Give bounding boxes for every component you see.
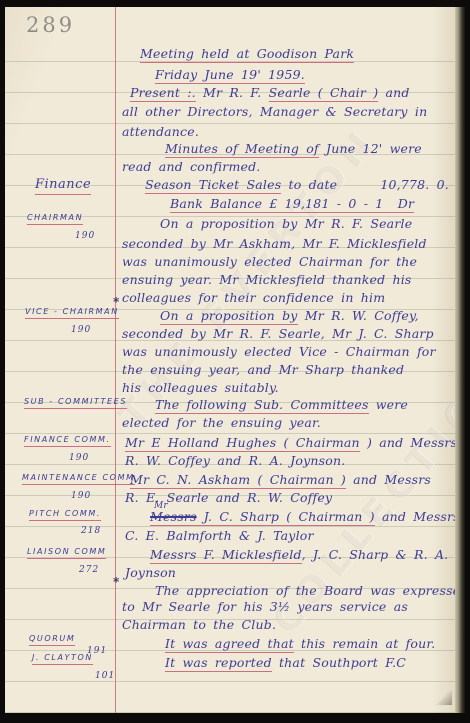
handwritten-line: ensuing year. Mr Micklesfield thanked hi… — [122, 272, 412, 288]
margin-note: Finance — [35, 177, 91, 195]
scanned-minute-book-photo: 289 THE EVERTON COLLECTION FinanceCHAIRM… — [0, 0, 470, 723]
margin-note-number: 190 — [69, 453, 89, 463]
handwritten-line: elected for the ensuing year. — [122, 415, 321, 431]
margin-note: MAINTENANCE COMM — [22, 473, 135, 485]
margin-note: QUORUM — [29, 634, 75, 646]
handwritten-line: C. E. Balmforth & J. Taylor — [125, 528, 314, 544]
handwritten-line: Mr E Holland Hughes ( Chairman ) and Mes… — [125, 435, 457, 451]
handwritten-line: It was reported that Southport F.C — [165, 655, 406, 671]
handwritten-text: attendance. — [122, 124, 199, 139]
handwritten-text: to Mr Searle for his 3½ years service as — [122, 599, 408, 614]
underlined-text: The following Sub. Committees — [155, 397, 369, 414]
margin-note: SUB - COMMITTEES — [24, 397, 127, 409]
underlined-text: It was reported — [165, 655, 272, 672]
handwritten-line: seconded by Mr R. F. Searle, Mr J. C. Sh… — [122, 326, 434, 342]
handwritten-text: and — [378, 85, 409, 100]
underlined-text: Mr C. N. Askham ( Chairman ) — [130, 472, 346, 489]
handwritten-text: and Messrs — [375, 509, 457, 524]
handwritten-line: Friday June 19' 1959. — [155, 67, 305, 83]
underlined-text: MessrsMr — [150, 509, 197, 526]
handwritten-line: On a proposition by Mr R. F. Searle — [160, 216, 412, 232]
underlined-text: Minutes of Meeting of — [165, 141, 319, 158]
handwritten-line: R. W. Coffey and R. A. Joynson. — [125, 453, 345, 469]
underlined-text: Present :. — [130, 85, 196, 102]
handwritten-line: read and confirmed. — [122, 159, 260, 175]
ledger-page: 289 THE EVERTON COLLECTION FinanceCHAIRM… — [5, 7, 457, 713]
margin-note-number: 272 — [79, 565, 99, 575]
margin-note: LIAISON COMM — [27, 547, 106, 559]
handwritten-line: It was agreed that this remain at four. — [165, 636, 435, 652]
handwritten-text: June 12' were — [319, 141, 422, 156]
handwritten-text: was unanimously elected Chairman for the — [122, 254, 417, 269]
handwritten-line: On a proposition by Mr R. W. Coffey, — [160, 308, 419, 324]
handwritten-text: Chairman to the Club. — [122, 617, 276, 632]
underlined-text: On a proposition by — [160, 308, 298, 325]
underlined-text: Friday June 19' 1959. — [155, 67, 305, 84]
handwritten-line: his colleagues suitably. — [122, 380, 279, 396]
handwritten-text: Mr R. W. Coffey, — [298, 308, 419, 323]
handwritten-text: this remain at four. — [294, 636, 436, 651]
handwritten-line: to Mr Searle for his 3½ years service as — [122, 599, 408, 615]
handwritten-line: Present :. Mr R. F. Searle ( Chair ) and — [130, 85, 410, 101]
handwritten-line: MessrsMr J. C. Sharp ( Chairman ) and Me… — [150, 509, 457, 525]
underlined-text: It was agreed that — [165, 636, 294, 653]
handwritten-line: the ensuing year, and Mr Sharp thanked — [122, 362, 404, 378]
handwritten-text: R. W. Coffey and R. A. Joynson. — [125, 453, 345, 468]
handwritten-line: Messrs F. Micklesfield, J. C. Sharp & R.… — [150, 547, 448, 563]
handwritten-text: all other Directors, Manager & Secretary… — [122, 104, 427, 119]
handwritten-text: were — [369, 397, 408, 412]
red-margin-rule — [115, 7, 116, 713]
handwritten-line: was unanimously elected Chairman for the — [122, 254, 417, 270]
handwritten-text: , J. C. Sharp & R. A. — [302, 547, 449, 562]
handwritten-line: The following Sub. Committees were — [155, 397, 408, 413]
handwritten-line: Meeting held at Goodison Park — [140, 46, 354, 62]
underlined-text: Season Ticket Sales — [145, 177, 281, 194]
handwritten-text: On a proposition by Mr R. F. Searle — [160, 216, 412, 231]
handwritten-text: and Messrs — [346, 472, 431, 487]
page-edge-shadow — [455, 7, 465, 713]
handwritten-line: colleagues for their confidence in him — [122, 290, 385, 306]
handwritten-line: attendance. — [122, 124, 199, 140]
handwritten-text: seconded by Mr R. F. Searle, Mr J. C. Sh… — [122, 326, 434, 341]
handwritten-text: Joynson — [125, 565, 176, 580]
asterisk-mark: * — [113, 295, 119, 309]
handwritten-line: all other Directors, Manager & Secretary… — [122, 104, 427, 120]
underlined-text: Bank Balance £ 19,181 - 0 - 1 Dr — [170, 196, 414, 213]
handwritten-line: Bank Balance £ 19,181 - 0 - 1 Dr — [170, 196, 414, 212]
page-number-stamp: 289 — [26, 13, 75, 37]
handwritten-text: that Southport F.C — [272, 655, 406, 670]
margin-note: PITCH COMM. — [29, 509, 101, 521]
underlined-text: Mr E Holland Hughes ( Chairman — [125, 435, 360, 452]
margin-note-number: 218 — [81, 526, 101, 536]
margin-note-number: 101 — [95, 671, 115, 681]
handwritten-line: seconded by Mr Askham, Mr F. Micklesfiel… — [122, 236, 427, 252]
underlined-text: Searle ( Chair ) — [269, 85, 379, 102]
handwritten-line: Chairman to the Club. — [122, 617, 276, 633]
margin-note-number: 190 — [71, 325, 91, 335]
margin-note: FINANCE COMM. — [24, 435, 111, 447]
handwritten-text: read and confirmed. — [122, 159, 260, 174]
handwritten-text: to date 10,778. 0. 0 — [281, 177, 457, 192]
handwritten-text: his colleagues suitably. — [122, 380, 279, 395]
margin-note: VICE - CHAIRMAN — [25, 307, 119, 319]
underlined-text: Messrs F. Micklesfield — [150, 547, 302, 564]
handwritten-text: Mr R. F. — [196, 85, 269, 100]
handwritten-text: the ensuing year, and Mr Sharp thanked — [122, 362, 404, 377]
handwritten-line: Joynson — [125, 565, 176, 581]
handwritten-line: The appreciation of the Board was expres… — [155, 583, 457, 599]
margin-note-number: 190 — [75, 231, 95, 241]
handwritten-line: Minutes of Meeting of June 12' were — [165, 141, 422, 157]
handwritten-text: ensuing year. Mr Micklesfield thanked hi… — [122, 272, 412, 287]
handwritten-text: The appreciation of the Board was expres… — [155, 583, 457, 598]
inserted-correction-word: Mr — [154, 498, 168, 514]
handwritten-line: Mr C. N. Askham ( Chairman ) and Messrs — [130, 472, 431, 488]
handwritten-text: C. E. Balmforth & J. Taylor — [125, 528, 314, 543]
handwritten-text: colleagues for their confidence in him — [122, 290, 385, 305]
underlined-text: Meeting held at Goodison Park — [140, 46, 354, 63]
handwritten-line: was unanimously elected Vice - Chairman … — [122, 344, 436, 360]
margin-note-number: 190 — [71, 491, 91, 501]
handwritten-text: was unanimously elected Vice - Chairman … — [122, 344, 436, 359]
handwritten-text: elected for the ensuing year. — [122, 415, 321, 430]
underlined-text: J. C. Sharp ( Chairman ) — [197, 509, 375, 526]
handwritten-text: seconded by Mr Askham, Mr F. Micklesfiel… — [122, 236, 427, 251]
margin-note: CHAIRMAN — [27, 213, 83, 225]
margin-note: J. CLAYTON — [32, 653, 93, 665]
handwritten-line: Season Ticket Sales to date 10,778. 0. 0 — [145, 177, 457, 193]
page-corner-curl — [426, 691, 452, 705]
asterisk-mark: * — [113, 575, 119, 589]
handwritten-text: ) and Messrs — [360, 435, 457, 450]
